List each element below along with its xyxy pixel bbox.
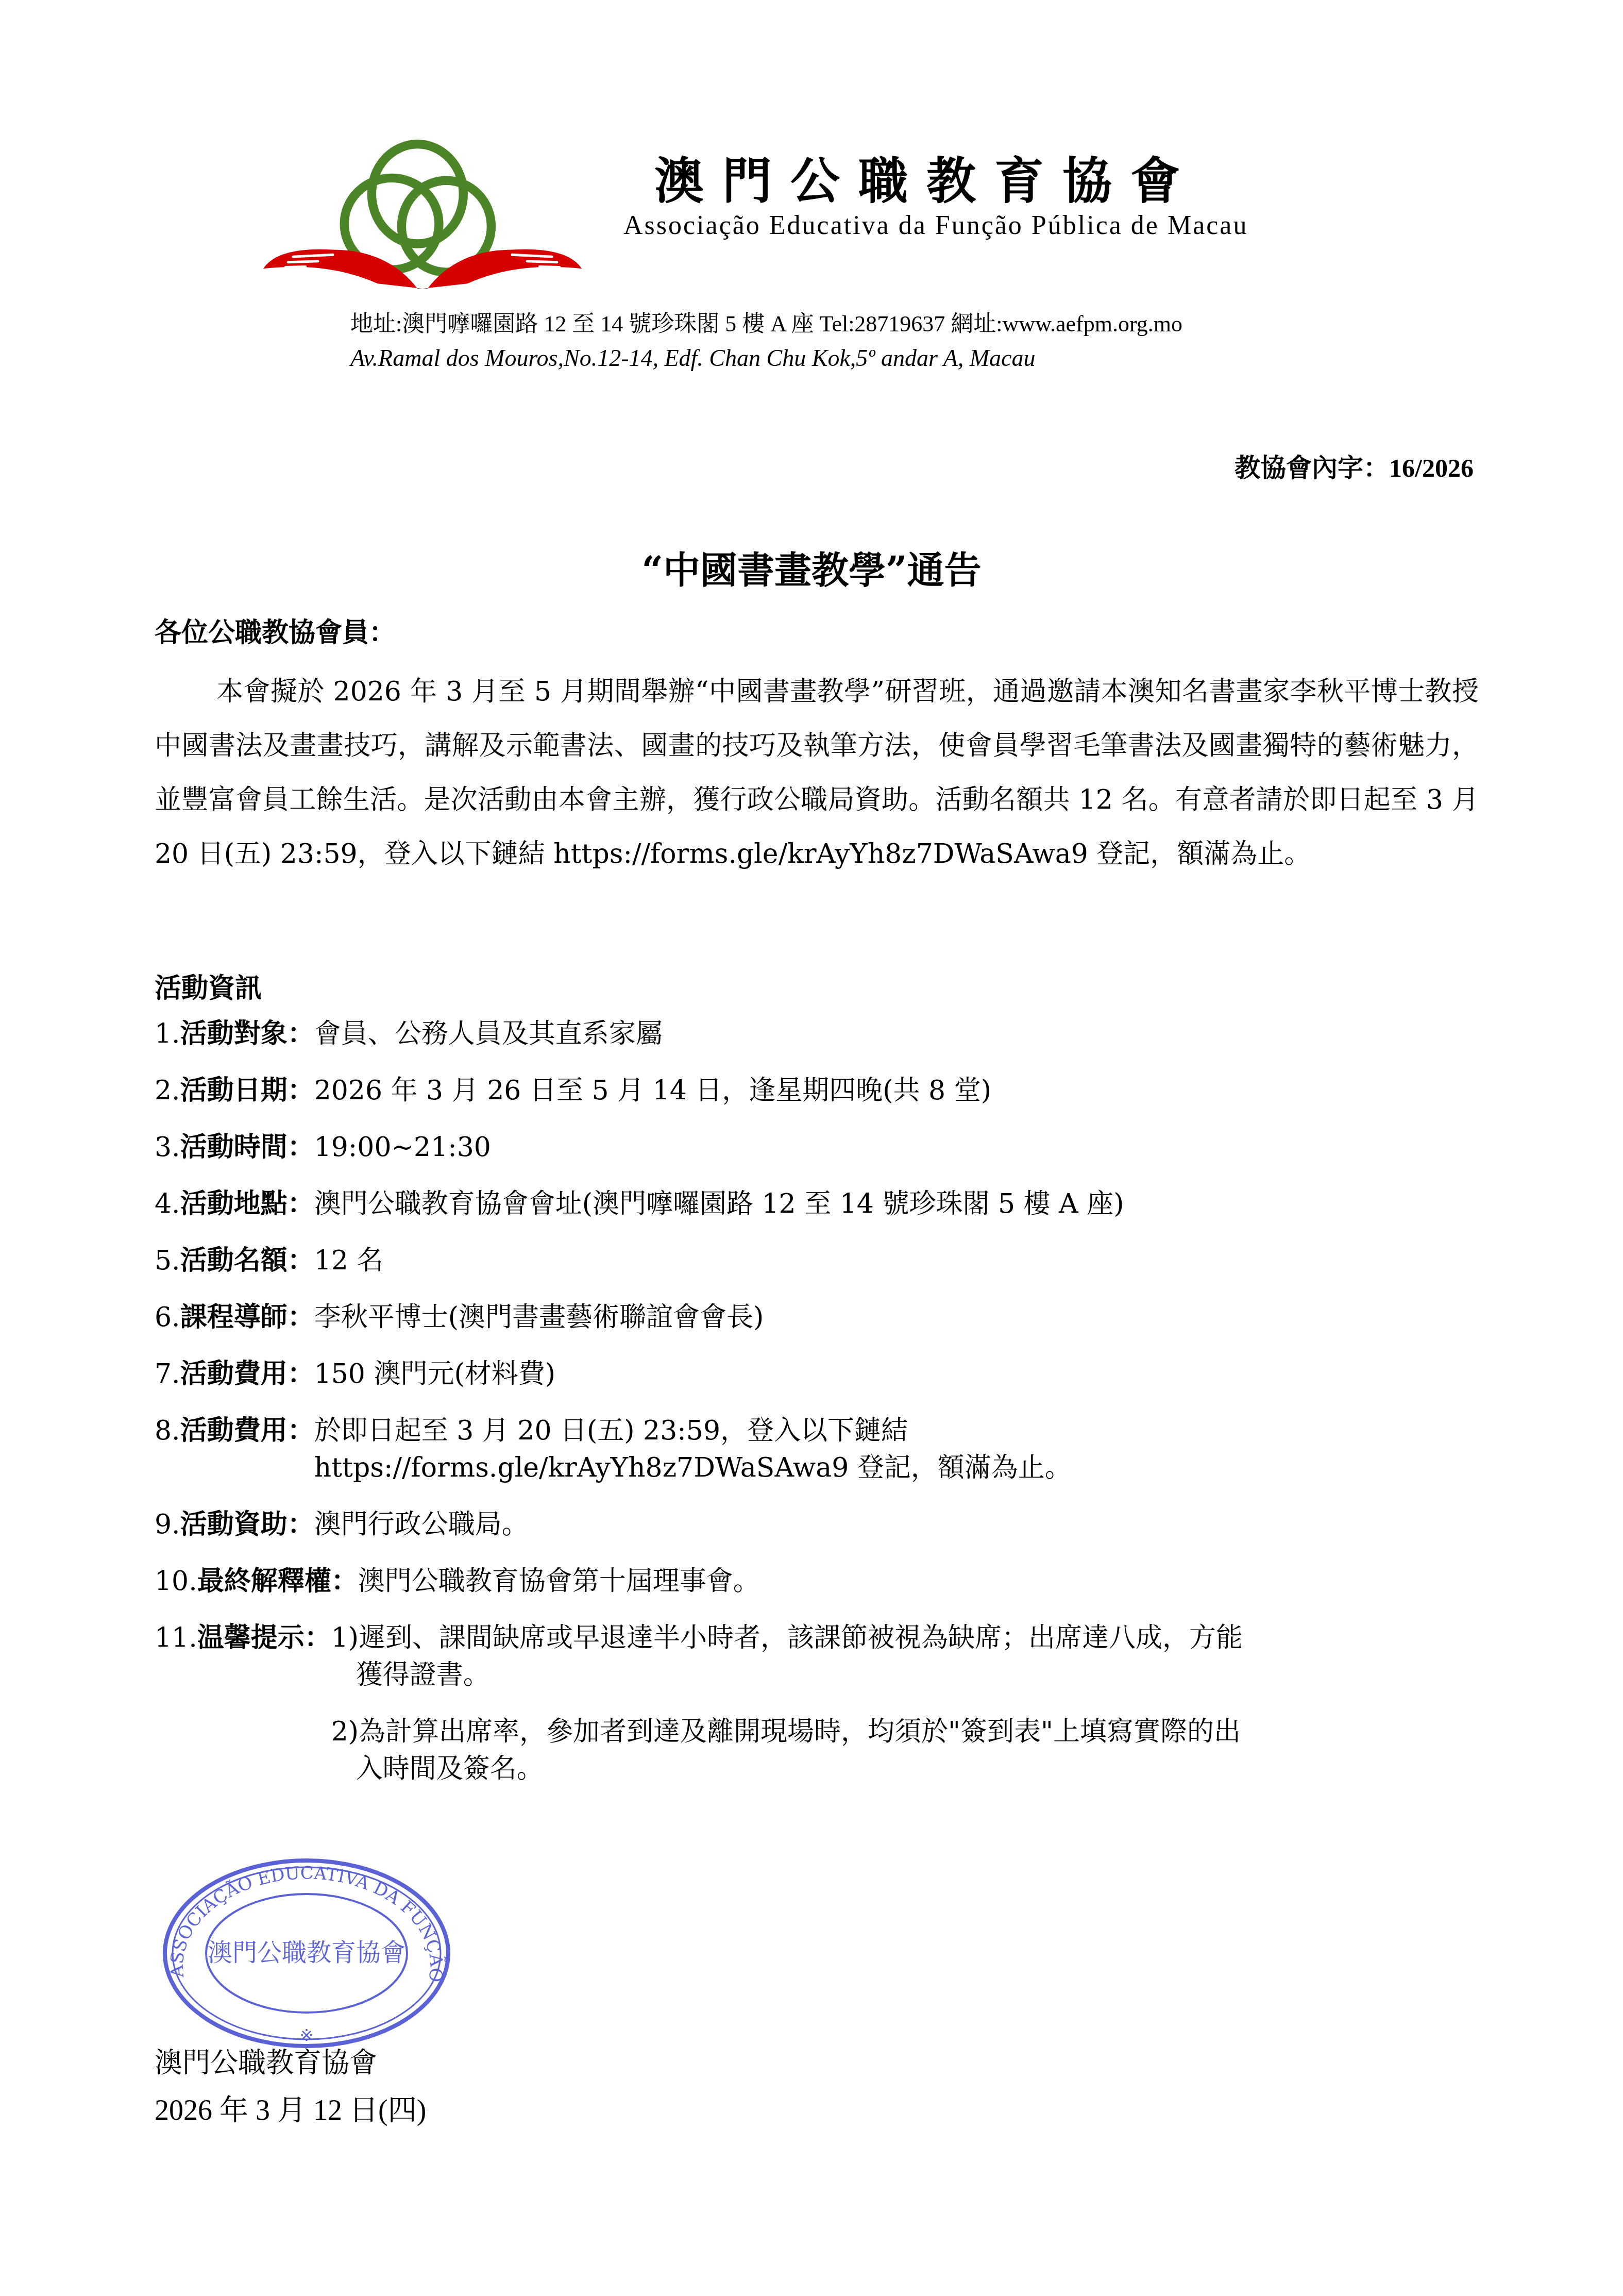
address-cn: 地址:澳門嚤囉園路 12 至 14 號珍珠閣 5 樓 A 座 Tel:28719…: [350, 305, 1182, 338]
list-item: 3. 活動時間：19:00~21:30: [155, 1129, 1494, 1166]
section-title: 活動資訊: [155, 966, 262, 1005]
org-name-pt: Associação Educativa da Função Pública d…: [623, 210, 1248, 241]
list-item: 2. 活動日期：2026 年 3 月 26 日至 5 月 14 日，逢星期四晚(…: [155, 1072, 1494, 1109]
registration-link[interactable]: https://forms.gle/krAyYh8z7DWaSAwa9 登記，額…: [314, 1449, 1072, 1486]
signature-date: 2026 年 3 月 12 日(四): [155, 2087, 426, 2129]
salutation: 各位公職教協會員：: [155, 611, 396, 649]
list-item: 1. 活動對象：會員、公務人員及其直系家屬: [155, 1015, 1494, 1052]
svg-text:澳門公職教育協會: 澳門公職教育協會: [208, 1938, 405, 1967]
org-name-cn: 澳門公職教育協會: [654, 142, 1198, 212]
list-item: 8. 活動費用：於即日起至 3 月 20 日(五) 23:59，登入以下鏈結ht…: [155, 1412, 1494, 1486]
reference-label: 教協會內字：: [1235, 453, 1389, 483]
list-item: 7. 活動費用：150 澳門元(材料費): [155, 1355, 1494, 1393]
list-item: 6. 課程導師：李秋平博士(澳門書畫藝術聯誼會會長): [155, 1299, 1494, 1336]
org-logo-icon: [258, 139, 587, 289]
list-item: 10.最終解釋權：澳門公職教育協會第十屆理事會。: [155, 1563, 1494, 1600]
notice-title: “中國書畫教學”通告: [0, 540, 1623, 594]
reference-value: 16/2026: [1389, 454, 1474, 482]
list-item: 11.温馨提示：1)遲到、課間缺席或早退達半小時者，該課節被視為缺席；出席達八成…: [155, 1619, 1494, 1787]
reference-number: 教協會內字：16/2026: [1235, 447, 1474, 484]
official-stamp-icon: ASSOCIAÇÃO EDUCATIVA DA FUNÇÃO PÚBLICA D…: [155, 1855, 459, 2051]
signature-org: 澳門公職教育協會: [155, 2041, 377, 2081]
intro-paragraph: 本會擬於 2026 年 3 月至 5 月期間舉辦“中國書畫教學”研習班，通過邀請…: [155, 665, 1479, 881]
address-pt: Av.Ramal dos Mouros,No.12-14, Edf. Chan …: [350, 344, 1036, 372]
list-item: 4. 活動地點：澳門公職教育協會會址(澳門嚤囉園路 12 至 14 號珍珠閣 5…: [155, 1185, 1494, 1222]
list-item: 9. 活動資助：澳門行政公職局。: [155, 1506, 1494, 1543]
list-item: 5. 活動名額：12 名: [155, 1242, 1494, 1279]
activity-list: 1. 活動對象：會員、公務人員及其直系家屬 2. 活動日期：2026 年 3 月…: [155, 1015, 1494, 1807]
